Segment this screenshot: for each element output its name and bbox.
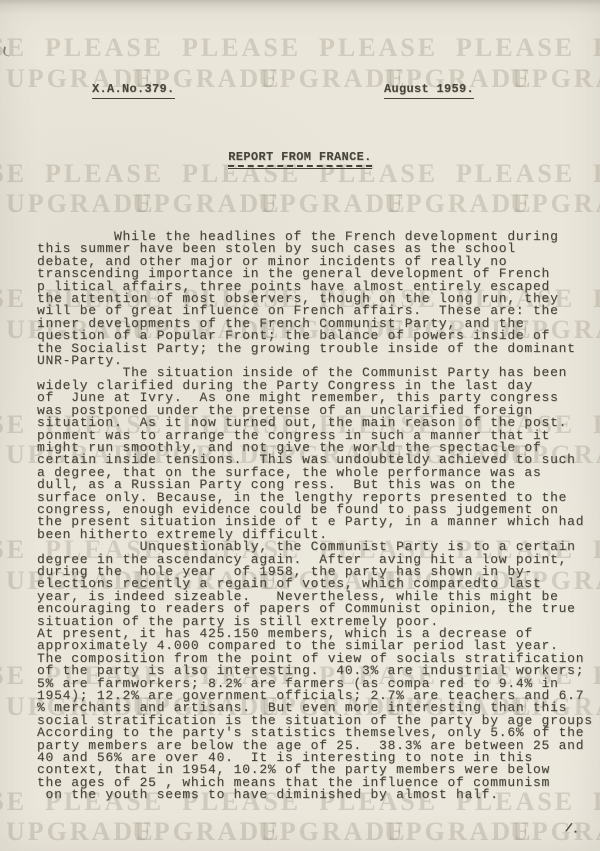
document-page: PLEASEPLEASEPLEASEPLEASEPLEASEPLEASEUPGR… <box>0 0 600 851</box>
page-title: REPORT FROM FRANCE. <box>228 150 371 169</box>
watermark-word: UPGRADE <box>258 189 408 219</box>
page-title-text: REPORT FROM FRANCE. <box>228 150 371 164</box>
watermark-word: PLEASE <box>593 410 600 440</box>
watermark-word: UPGRADE <box>510 189 600 219</box>
page-mark: /. <box>564 821 580 837</box>
watermark-word: PLEASE <box>593 535 600 565</box>
watermark-word: PLEASE <box>0 535 27 565</box>
document-date: August 1959. <box>384 82 474 99</box>
body-text: While the headlines of the French develo… <box>37 231 593 802</box>
title-dashed-underline <box>228 165 371 167</box>
watermark-word: PLEASE <box>593 284 600 314</box>
watermark-word: PLEASE <box>319 33 438 63</box>
watermark-word: UPGRADE <box>132 817 282 847</box>
watermark-word: UPGRADE <box>6 817 156 847</box>
watermark-word: UPGRADE <box>6 189 156 219</box>
watermark-word: UPGRADE <box>384 817 534 847</box>
watermark-word: PLEASE <box>456 33 575 63</box>
watermark-word: PLEASE <box>182 33 301 63</box>
corner-pen-mark <box>2 46 11 56</box>
watermark-word: PLEASE <box>593 787 600 817</box>
reference-number: X.A.No.379. <box>92 82 175 99</box>
watermark-word: UPGRADE <box>384 189 534 219</box>
watermark-word: UPGRADE <box>510 64 600 94</box>
watermark-word: PLEASE <box>0 787 27 817</box>
watermark-word: PLEASE <box>593 33 600 63</box>
watermark-word: PLEASE <box>45 33 164 63</box>
watermark-word: UPGRADE <box>510 817 600 847</box>
watermark-word: UPGRADE <box>132 189 282 219</box>
watermark-word: PLEASE <box>593 661 600 691</box>
watermark-word: PLEASE <box>0 410 27 440</box>
title-block: REPORT FROM FRANCE. <box>0 147 600 169</box>
watermark-word: PLEASE <box>0 661 27 691</box>
watermark-word: UPGRADE <box>258 817 408 847</box>
watermark-word: PLEASE <box>0 284 27 314</box>
